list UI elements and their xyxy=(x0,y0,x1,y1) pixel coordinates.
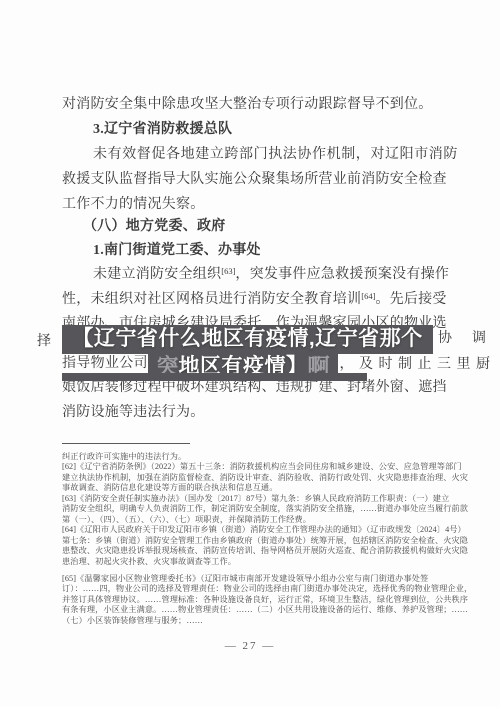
footnote-line: 患整改、火灾隐患投诉举报现场核查、消防宣传培训、指导网格员开展防火巡查、配合消防… xyxy=(62,546,468,556)
watermark-text-line1: 【辽宁省什么地区有疫情,辽宁省那个 xyxy=(72,325,422,353)
footnote-line: [63]《消防安全责任制实施办法》（国办发〔2017〕87号）第九条：乡镇人民政… xyxy=(62,494,449,504)
footnote-line: 消防安全组织，明确专人负责消防工作，制定消防安全制度，落实消防安全措施，……街道… xyxy=(62,504,468,514)
footnote-line: 第七条：乡镇（街道）消防安全管理工作由乡镇政府（街道办事处）统筹开展，包括辖区消… xyxy=(62,536,468,546)
body-line: 未有效督促各地建立跨部门执法协作机制，对辽阳市消防 xyxy=(93,146,458,164)
footnote-line: 患治理、初起火灾扑救、火灾事故调查等工作。 xyxy=(62,557,236,567)
footnote-line: （七）小区装饰装修管理与服务；…… xyxy=(62,616,203,626)
footnote-line: 纠正行政许可实施中的违法行为。 xyxy=(62,452,186,462)
footnote-line: [62]《辽宁省消防条例》（2022）第五十三条：消防救援机构应当会同住房和城乡… xyxy=(62,462,462,472)
footnote-line: 建立执法协作机制，加强在消防监督检查、消防设计审查、消防验收、消防行政处罚、火灾… xyxy=(62,473,468,483)
body-line: 救援支队监督指导大队实施公众聚集场所营业前消防安全检查 xyxy=(62,171,447,189)
body-line: 娘饭店装修过程中破坏建筑结构、违规扩建、封堵外窗、遮挡 xyxy=(62,379,447,397)
watermark-band-shadow xyxy=(62,373,367,381)
footnote-line: 事故调查、消防信息化建设等方面的联合执法和信息互通。 xyxy=(62,483,277,493)
obscured-text-fragment: 协调 xyxy=(438,330,500,348)
footnote-line: 并签订具体管理协议。……管理标准：各种设施设备良好，运行正常，环境卫生整洁，绿化… xyxy=(62,595,468,605)
body-line: 消防设施等违法行为。 xyxy=(62,404,205,422)
body-line: 未建立消防安全组织[63]，突发事件应急救援预案没有操作 xyxy=(93,266,449,284)
footnote-line: [65]《温馨家园小区物业管理委托书》（辽阳市城市南部开发建设领导小组办公室与南… xyxy=(62,574,428,584)
document-page: 对消防安全集中除患攻坚大整治专项行动跟踪督导不到位。3.辽宁省消防救援总队未有效… xyxy=(0,0,500,707)
body-line: 对消防安全集中除患攻坚大整治专项行动跟踪督导不到位。 xyxy=(62,96,433,114)
body-line: 3.辽宁省消防救援总队 xyxy=(93,121,232,139)
footnote-line: 第（一）、（四）、（五）、（六）、（七）项职责，并保障消防工作经费。 xyxy=(62,515,311,525)
footnote-line: 有条有理，小区业主满意。……物业管理责任：……（二）小区共用设施设备的运行、维修… xyxy=(62,605,468,615)
body-line: 性，未组织对社区网格员进行消防安全教育培训[64]。先后接受 xyxy=(62,291,447,309)
page-number: — 27 — xyxy=(0,640,500,652)
body-line: 工作不力的情况失察。 xyxy=(62,196,205,214)
obscured-text-fragment: 择 xyxy=(37,333,51,351)
footnote-line: 订）：……四，物业公司的选择及管理责任：物业公司的选择由南门街道办事处决定，选择… xyxy=(62,584,472,594)
obscured-text-fragment: 理，及时制止三里厨 xyxy=(320,356,496,374)
body-line: （八）地方党委、政府 xyxy=(83,218,226,236)
body-line: 1.南门街道党工委、办事处 xyxy=(93,242,261,260)
watermark-band-line1: 【辽宁省什么地区有疫情,辽宁省那个 xyxy=(62,325,433,354)
footnote-line: [64]《辽阳市人民政府关于印发辽阳市乡镇（街道）消防安全工作管理办法的通知》（… xyxy=(62,525,466,535)
footnote-divider xyxy=(62,443,190,444)
